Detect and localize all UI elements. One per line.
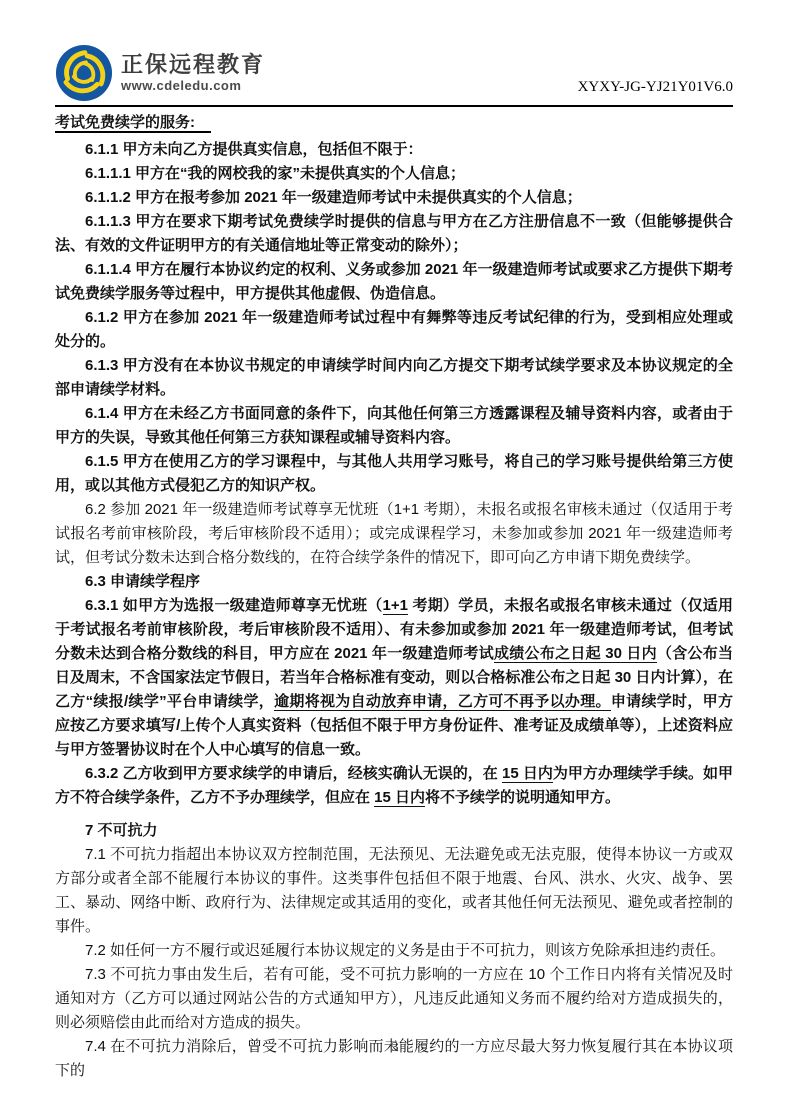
paragraph: 6.1.1.2 甲方在报考参加 2021 年一级建造师考试中未提供真实的个人信息… [55, 186, 733, 210]
paragraph: 6.3.1 如甲方为选报一级建造师尊享无忧班（1+1 考期）学员，未报名或报名审… [55, 594, 733, 762]
text-run: 6.1.1.2 甲方在报考参加 2021 年一级建造师考试中未提供真实的个人信息… [85, 189, 582, 206]
underlined-text-run: 15 日内 [374, 789, 425, 807]
document-body: 6.1.1 甲方未向乙方提供真实信息，包括但不限于：6.1.1.1 甲方在“我的… [55, 138, 733, 1083]
underlined-text-run: 成绩公布之日起 30 日内 [494, 645, 657, 663]
brand-url: www.cdeledu.com [121, 78, 265, 94]
text-run: 6.1.1.4 甲方在履行本协议约定的权利、义务或参加 2021 年一级建造师考… [55, 261, 733, 302]
paragraph: 6.1.1.1 甲方在“我的网校我的家”未提供真实的个人信息； [55, 162, 733, 186]
brand-text: 正保远程教育 www.cdeledu.com [121, 52, 265, 94]
section-title-text: 考试免费续学的服务: [55, 114, 211, 133]
underlined-text-run: 逾期将视为自动放弃申请，乙方可不再予以办理。 [274, 693, 611, 711]
page-number: 3 [392, 1040, 399, 1055]
paragraph: 6.1.1 甲方未向乙方提供真实信息，包括但不限于： [55, 138, 733, 162]
text-run: 将不予续学的说明通知甲方。 [425, 789, 620, 806]
paragraph: 6.1.3 甲方没有在本协议书规定的申请续学时间内向乙方提交下期考试续学要求及本… [55, 354, 733, 402]
paragraph: 7.1 不可抗力指超出本协议双方控制范围，无法预见、无法避免或无法克服，使得本协… [55, 843, 733, 939]
section-title: 考试免费续学的服务: [55, 112, 733, 133]
underlined-text-run: 15 日内 [502, 765, 553, 783]
text-run: 6.1.1 甲方未向乙方提供真实信息，包括但不限于： [85, 141, 423, 158]
text-run: 6.1.1.1 甲方在“我的网校我的家”未提供真实的个人信息； [85, 165, 465, 182]
paragraph: 6.3 申请续学程序 [55, 570, 733, 594]
paragraph: 6.2 参加 2021 年一级建造师考试尊享无忧班（1+1 考期），未报名或报名… [55, 498, 733, 570]
text-run: 7.3 不可抗力事由发生后，若有可能，受不可抗力影响的一方应在 10 个工作日内… [55, 966, 733, 1031]
document-code: XYXY-JG-YJ21Y01V6.0 [578, 79, 733, 102]
paragraph: 7.2 如任何一方不履行或迟延履行本协议规定的义务是由于不可抗力，则该方免除承担… [55, 939, 733, 963]
paragraph: 6.1.4 甲方在未经乙方书面同意的条件下，向其他任何第三方透露课程及辅导资料内… [55, 402, 733, 450]
page-header: 正保远程教育 www.cdeledu.com XYXY-JG-YJ21Y01V6… [55, 44, 733, 107]
paragraph: 6.1.5 甲方在使用乙方的学习课程中，与其他人共用学习账号，将自己的学习账号提… [55, 450, 733, 498]
brand-block: 正保远程教育 www.cdeledu.com [55, 44, 265, 102]
paragraph: 6.1.1.3 甲方在要求下期考试免费续学时提供的信息与甲方在乙方注册信息不一致… [55, 210, 733, 258]
text-run: 6.3.1 如甲方为选报一级建造师尊享无忧班（ [85, 597, 383, 614]
text-run: 6.1.4 甲方在未经乙方书面同意的条件下，向其他任何第三方透露课程及辅导资料内… [55, 405, 733, 446]
text-run: 6.1.2 甲方在参加 2021 年一级建造师考试过程中有舞弊等违反考试纪律的行… [55, 309, 733, 350]
page-footer: 3 [0, 1038, 790, 1056]
document-page: 正保远程教育 www.cdeledu.com XYXY-JG-YJ21Y01V6… [0, 0, 790, 1120]
swirl-logo-icon [55, 44, 113, 102]
section-heading: 7 不可抗力 [55, 819, 733, 843]
text-run: 6.1.1.3 甲方在要求下期考试免费续学时提供的信息与甲方在乙方注册信息不一致… [55, 213, 733, 254]
text-run: 6.1.3 甲方没有在本协议书规定的申请续学时间内向乙方提交下期考试续学要求及本… [55, 357, 733, 398]
text-run: 6.1.5 甲方在使用乙方的学习课程中，与其他人共用学习账号，将自己的学习账号提… [55, 453, 733, 494]
paragraph: 6.1.2 甲方在参加 2021 年一级建造师考试过程中有舞弊等违反考试纪律的行… [55, 306, 733, 354]
text-run: 7 不可抗力 [85, 822, 158, 839]
text-run: 7.2 如任何一方不履行或迟延履行本协议规定的义务是由于不可抗力，则该方免除承担… [85, 942, 725, 959]
text-run: 7.1 不可抗力指超出本协议双方控制范围，无法预见、无法避免或无法克服，使得本协… [55, 846, 733, 935]
underlined-text-run: 1+1 [383, 597, 408, 615]
paragraph: 6.1.1.4 甲方在履行本协议约定的权利、义务或参加 2021 年一级建造师考… [55, 258, 733, 306]
brand-name: 正保远程教育 [121, 52, 265, 78]
text-run: 6.3 申请续学程序 [85, 573, 200, 590]
text-run: 6.3.2 乙方收到甲方要求续学的申请后，经核实确认无误的，在 [85, 765, 502, 782]
paragraph: 6.3.2 乙方收到甲方要求续学的申请后，经核实确认无误的，在 15 日内为甲方… [55, 762, 733, 810]
text-run: 6.2 参加 2021 年一级建造师考试尊享无忧班（1+1 考期），未报名或报名… [55, 501, 733, 566]
paragraph: 7.3 不可抗力事由发生后，若有可能，受不可抗力影响的一方应在 10 个工作日内… [55, 963, 733, 1035]
